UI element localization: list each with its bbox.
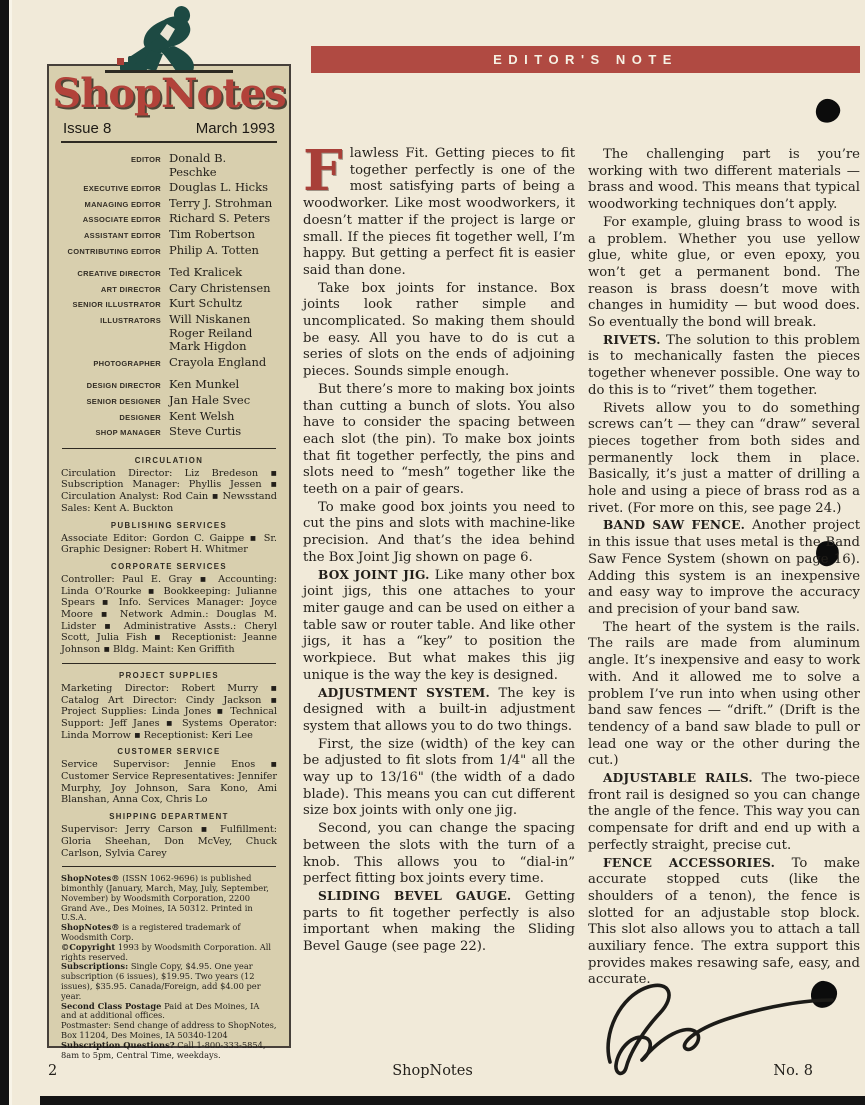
staff-row: MANAGING EDITORTerry J. Strohman xyxy=(61,197,277,211)
staff-group-editorial: EDITORDonald B. Peschke EXECUTIVE EDITOR… xyxy=(61,152,277,257)
paragraph: For example, gluing brass to wood is a p… xyxy=(588,214,860,332)
paragraph: To make good box joints you need to cut … xyxy=(303,499,575,567)
staff-row: DESIGN DIRECTORKen Munkel xyxy=(61,378,277,392)
staff-name: Cary Christensen xyxy=(169,282,277,296)
fine-print-item: ShopNotes® is a registered trademark of … xyxy=(61,923,277,943)
section-heading: CIRCULATION xyxy=(61,456,277,465)
paragraph: First, the size (width) of the key can b… xyxy=(303,736,575,821)
section-body: Service Supervisor: Jennie Enos ▪ Custom… xyxy=(61,759,277,806)
paragraph: SLIDING BEVEL GAUGE. Getting parts to fi… xyxy=(303,888,575,956)
editors-note-banner: EDITOR'S NOTE xyxy=(311,46,860,73)
staff-role: PHOTOGRAPHER xyxy=(61,359,161,368)
woodworker-planing-icon xyxy=(103,4,235,78)
staff-name: Kent Welsh xyxy=(169,410,277,424)
staff-row: EXECUTIVE EDITORDouglas L. Hicks xyxy=(61,181,277,195)
divider xyxy=(62,866,276,867)
footer-title: ShopNotes xyxy=(0,1063,865,1079)
staff-name: Donald B. Peschke xyxy=(169,152,277,179)
staff-name: Crayola England xyxy=(169,356,277,370)
divider xyxy=(62,448,276,449)
divider xyxy=(62,663,276,664)
fine-print-item: Second Class Postage Paid at Des Moines,… xyxy=(61,1002,277,1022)
staff-row: ART DIRECTORCary Christensen xyxy=(61,282,277,296)
staff-name: Richard S. Peters xyxy=(169,212,277,226)
paragraph: Rivets allow you to do something screws … xyxy=(588,400,860,518)
paragraph: BOX JOINT JIG. Like many other box joint… xyxy=(303,567,575,685)
staff-name: Kurt Schultz xyxy=(169,297,277,311)
staff-row: DESIGNERKent Welsh xyxy=(61,410,277,424)
issue-row: Issue 8 March 1993 xyxy=(61,120,277,143)
article-column-2: The challenging part is you’re working w… xyxy=(588,146,860,989)
staff-name: Ted Kralicek xyxy=(169,266,277,280)
fine-print-item: ShopNotes® (ISSN 1062-9696) is published… xyxy=(61,874,277,923)
masthead-sidebar: Issue 8 March 1993 EDITORDonald B. Pesch… xyxy=(47,64,291,1048)
staff-name: Ken Munkel xyxy=(169,378,277,392)
fine-print-item: Subscriptions: Single Copy, $4.95. One y… xyxy=(61,962,277,1001)
staff-role: MANAGING EDITOR xyxy=(61,200,161,209)
magazine-page: EDITOR'S NOTE ShopNotes Issue 8 March 19… xyxy=(0,0,865,1105)
staff-role: SENIOR ILLUSTRATOR xyxy=(61,300,161,309)
section-body: Circulation Director: Liz Bredeson ▪ Sub… xyxy=(61,468,277,515)
scan-edge-left xyxy=(0,0,12,1105)
staff-row: PHOTOGRAPHERCrayola England xyxy=(61,356,277,370)
section-heading: CORPORATE SERVICES xyxy=(61,562,277,571)
paragraph: The challenging part is you’re working w… xyxy=(588,146,860,214)
staff-name: Will Niskanen Roger Reiland Mark Higdon xyxy=(169,313,277,354)
staff-name: Terry J. Strohman xyxy=(169,197,277,211)
staff-role: DESIGN DIRECTOR xyxy=(61,381,161,390)
punch-hole-icon xyxy=(813,96,842,125)
section-heading: PROJECT SUPPLIES xyxy=(61,671,277,680)
paragraph: RIVETS. The solution to this problem is … xyxy=(588,332,860,400)
drop-cap: F xyxy=(303,150,343,192)
staff-list: EDITORDonald B. Peschke EXECUTIVE EDITOR… xyxy=(61,152,277,439)
staff-role: DESIGNER xyxy=(61,413,161,422)
staff-role: ASSOCIATE EDITOR xyxy=(61,215,161,224)
staff-row: ASSOCIATE EDITORRichard S. Peters xyxy=(61,212,277,226)
footer-issue: No. 8 xyxy=(773,1063,813,1079)
staff-name: Philip A. Totten xyxy=(169,244,277,258)
staff-row: SENIOR DESIGNERJan Hale Svec xyxy=(61,394,277,408)
section-heading: SHIPPING DEPARTMENT xyxy=(61,812,277,821)
paragraph: Second, you can change the spacing betwe… xyxy=(303,820,575,888)
article-column-1: Flawless Fit. Getting pieces to fit toge… xyxy=(303,146,575,989)
staff-role: ART DIRECTOR xyxy=(61,285,161,294)
paragraph: ADJUSTABLE RAILS. The two-piece front ra… xyxy=(588,770,860,855)
staff-name: Steve Curtis xyxy=(169,425,277,439)
editors-note-article: Flawless Fit. Getting pieces to fit toge… xyxy=(303,146,861,989)
section-body: Associate Editor: Gordon C. Gaippe ▪ Sr.… xyxy=(61,533,277,556)
paragraph: The heart of the system is the rails. Th… xyxy=(588,619,860,770)
scan-edge-bottom xyxy=(40,1096,865,1105)
staff-row: ILLUSTRATORSWill Niskanen Roger Reiland … xyxy=(61,313,277,354)
section-heading: CUSTOMER SERVICE xyxy=(61,747,277,756)
shopnotes-wordmark: ShopNotes xyxy=(45,76,293,113)
staff-group-design: DESIGN DIRECTORKen Munkel SENIOR DESIGNE… xyxy=(61,378,277,438)
paragraph: ADJUSTMENT SYSTEM. The key is designed w… xyxy=(303,685,575,736)
shopnotes-logo: ShopNotes xyxy=(45,4,293,113)
paragraph: But there’s more to making box joints th… xyxy=(303,381,575,499)
staff-role: CREATIVE DIRECTOR xyxy=(61,269,161,278)
staff-name: Tim Robertson xyxy=(169,228,277,242)
staff-name: Jan Hale Svec xyxy=(169,394,277,408)
fine-print: ShopNotes® (ISSN 1062-9696) is published… xyxy=(61,874,277,1060)
staff-role: EDITOR xyxy=(61,155,161,164)
staff-group-art: CREATIVE DIRECTORTed Kralicek ART DIRECT… xyxy=(61,266,277,369)
paragraph: FENCE ACCESSORIES. To make accurate stop… xyxy=(588,855,860,990)
staff-row: SENIOR ILLUSTRATORKurt Schultz xyxy=(61,297,277,311)
staff-row: ASSISTANT EDITORTim Robertson xyxy=(61,228,277,242)
fine-print-item: ©Copyright 1993 by Woodsmith Corporation… xyxy=(61,943,277,963)
section-heading: PUBLISHING SERVICES xyxy=(61,521,277,530)
staff-role: ILLUSTRATORS xyxy=(61,316,161,325)
staff-role: EXECUTIVE EDITOR xyxy=(61,184,161,193)
issue-date: March 1993 xyxy=(196,120,275,137)
issue-number: Issue 8 xyxy=(63,120,111,137)
section-body: Supervisor: Jerry Carson ▪ Fulfillment: … xyxy=(61,824,277,859)
paragraph: BAND SAW FENCE. Another project in this … xyxy=(588,517,860,618)
paragraph: Take box joints for instance. Box joints… xyxy=(303,280,575,381)
staff-row: CREATIVE DIRECTORTed Kralicek xyxy=(61,266,277,280)
staff-row: CONTRIBUTING EDITORPhilip A. Totten xyxy=(61,244,277,258)
staff-role: SHOP MANAGER xyxy=(61,428,161,437)
staff-name: Douglas L. Hicks xyxy=(169,181,277,195)
staff-row: SHOP MANAGERSteve Curtis xyxy=(61,425,277,439)
staff-role: SENIOR DESIGNER xyxy=(61,397,161,406)
paragraph: Flawless Fit. Getting pieces to fit toge… xyxy=(303,146,575,280)
staff-role: CONTRIBUTING EDITOR xyxy=(61,247,161,256)
fine-print-item: Postmaster: Send change of address to Sh… xyxy=(61,1021,277,1041)
staff-row: EDITORDonald B. Peschke xyxy=(61,152,277,179)
staff-role: ASSISTANT EDITOR xyxy=(61,231,161,240)
fine-print-item: Subscription Questions? Call 1-800-333-5… xyxy=(61,1041,277,1061)
section-body: Controller: Paul E. Gray ▪ Accounting: L… xyxy=(61,574,277,656)
section-body: Marketing Director: Robert Murry ▪ Catal… xyxy=(61,683,277,742)
